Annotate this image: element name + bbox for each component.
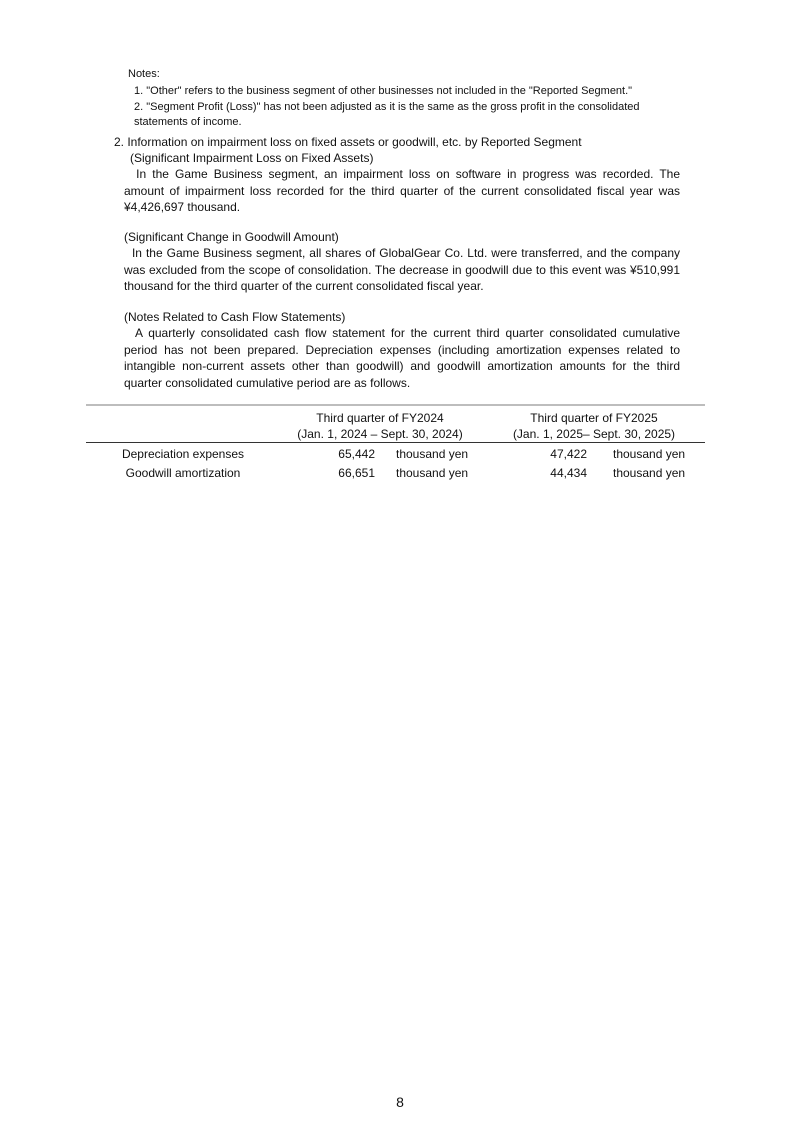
column-header-fy2024: Third quarter of FY2024 (Jan. 1, 2024 – … [280,410,480,442]
note-item-2-cont: statements of income. [134,116,242,128]
paragraph-line: quarter consolidated cumulative period a… [124,375,680,392]
paragraph-line: thousand for the third quarter of the cu… [124,278,680,295]
column-header-fy2025: Third quarter of FY2025 (Jan. 1, 2025– S… [494,410,694,442]
note-item-1: 1. "Other" refers to the business segmen… [134,85,632,97]
unit-fy2024: thousand yen [396,466,468,480]
paragraph-line: amount of impairment loss recorded for t… [124,183,680,200]
goodwill-paragraph: In the Game Business segment, all shares… [124,245,680,295]
paragraph-line: period has not been prepared. Depreciati… [124,342,680,359]
unit-fy2025: thousand yen [613,466,685,480]
value-fy2024: 65,442 [300,447,375,461]
paragraph-line: was excluded from the scope of consolida… [124,262,680,279]
section-heading: 2. Information on impairment loss on fix… [114,135,582,149]
value-fy2024: 66,651 [300,466,375,480]
column-header-period: (Jan. 1, 2025– Sept. 30, 2025) [494,426,694,442]
impairment-subheading: (Significant Impairment Loss on Fixed As… [130,151,373,165]
value-fy2025: 47,422 [512,447,587,461]
paragraph-line: ¥4,426,697 thousand. [124,199,680,216]
impairment-paragraph: In the Game Business segment, an impairm… [124,166,680,216]
paragraph-line: In the Game Business segment, all shares… [124,245,680,262]
row-label: Goodwill amortization [96,466,270,480]
notes-title: Notes: [128,68,160,80]
column-header-period: (Jan. 1, 2024 – Sept. 30, 2024) [280,426,480,442]
goodwill-subheading: (Significant Change in Goodwill Amount) [124,230,339,244]
column-header-title: Third quarter of FY2025 [494,410,694,426]
paragraph-line: intangible non-current assets other than… [124,358,680,375]
paragraph-line: In the Game Business segment, an impairm… [124,166,680,183]
cashflow-subheading: (Notes Related to Cash Flow Statements) [124,310,345,324]
table-top-rule [86,404,705,406]
column-header-title: Third quarter of FY2024 [280,410,480,426]
table-header-rule [86,442,705,443]
paragraph-line: A quarterly consolidated cash flow state… [124,325,680,342]
value-fy2025: 44,434 [512,466,587,480]
row-label: Depreciation expenses [96,447,270,461]
page-number: 8 [0,1094,800,1110]
cashflow-paragraph: A quarterly consolidated cash flow state… [124,325,680,391]
note-item-2: 2. "Segment Profit (Loss)" has not been … [134,101,640,113]
unit-fy2024: thousand yen [396,447,468,461]
unit-fy2025: thousand yen [613,447,685,461]
